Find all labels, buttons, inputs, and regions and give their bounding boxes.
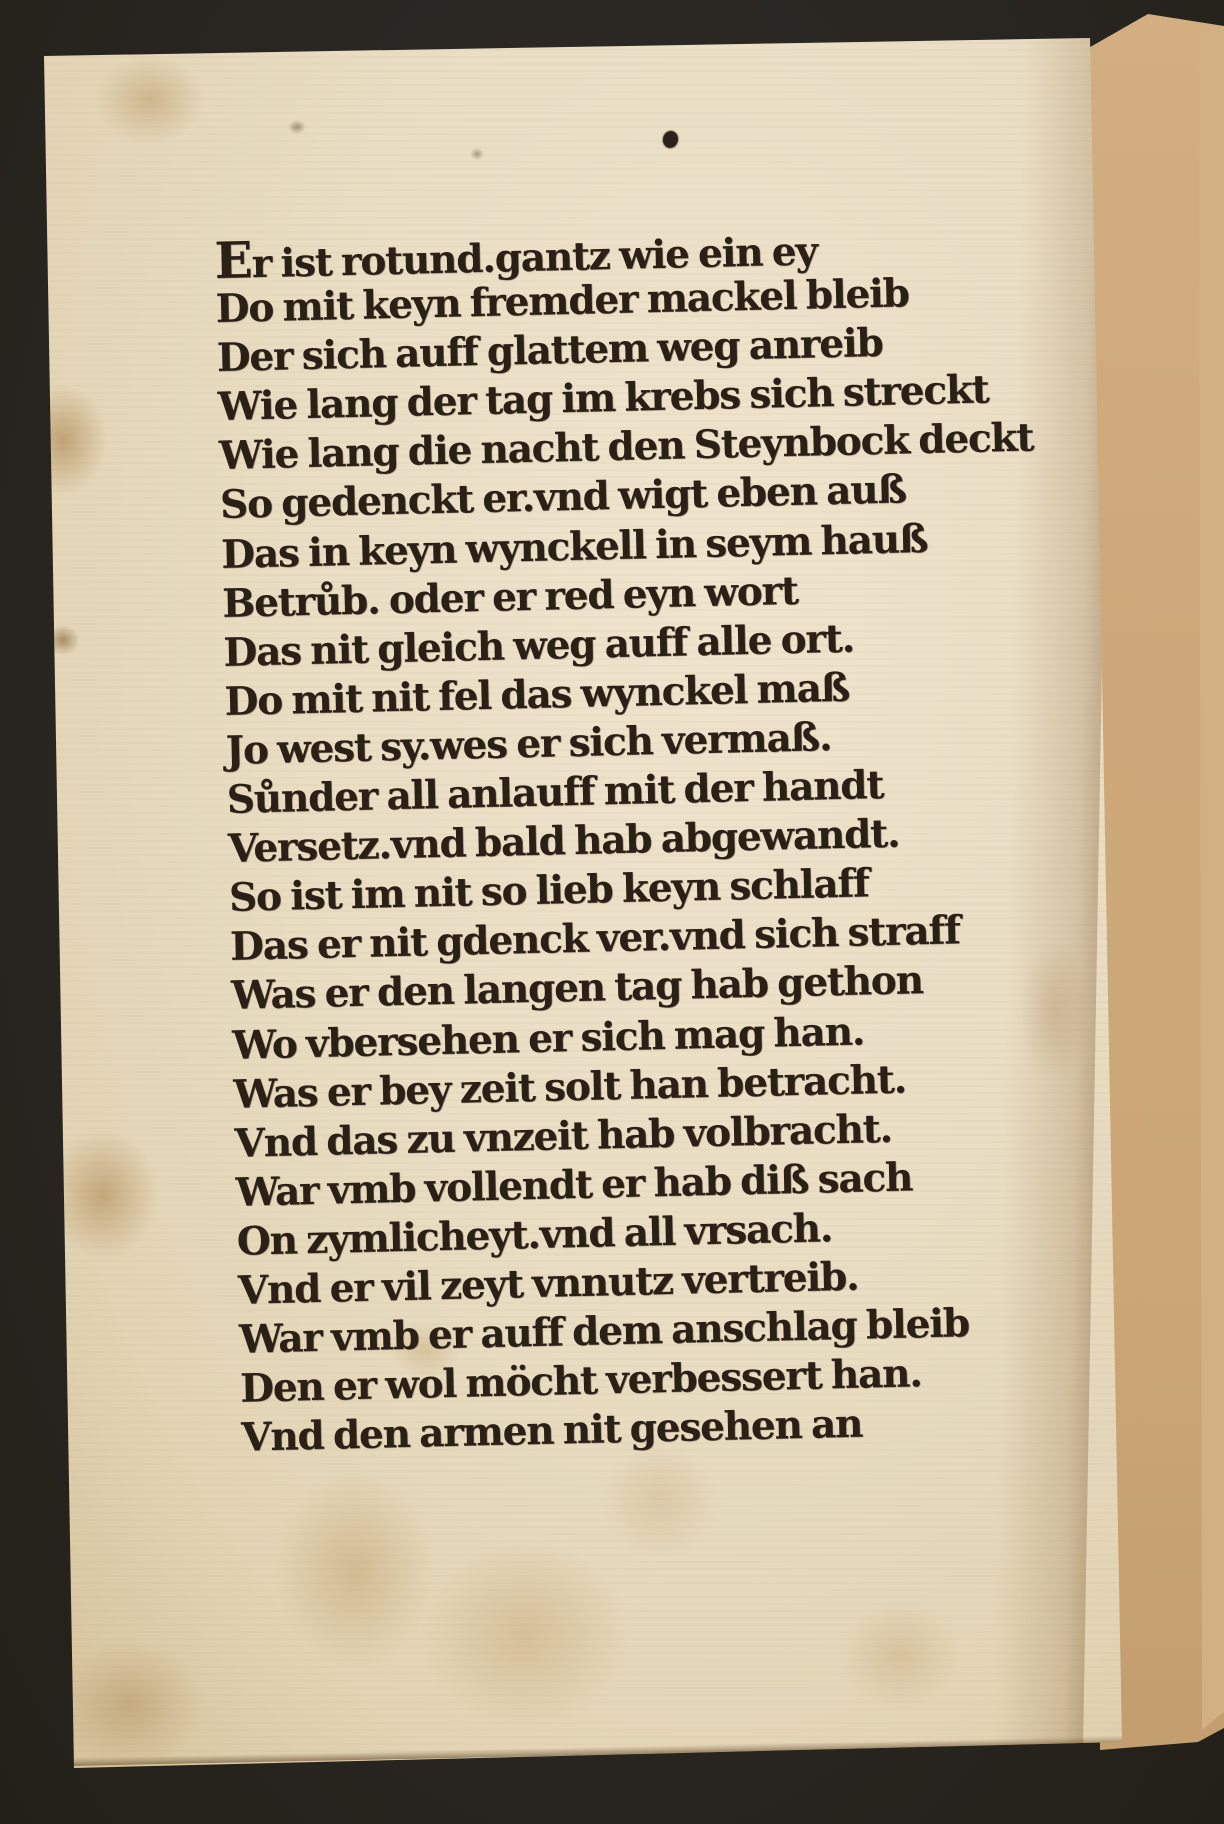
printer-dot [661,130,679,150]
book-page: Er ist rotund.gantz wie ein ey Do mit ke… [0,0,1224,1824]
stain [46,625,80,655]
stain [600,1440,720,1560]
stain [420,1540,630,1730]
page-top-edge [40,32,1096,55]
verse-text: Er ist rotund.gantz wie ein ey Do mit ke… [214,216,1142,1463]
stain [18,385,108,495]
scan-stage: Er ist rotund.gantz wie ein ey Do mit ke… [0,0,1224,1824]
page-bottom-edge [70,1736,1128,1766]
stain [275,1470,435,1670]
stain [55,1640,205,1770]
stain [840,1600,960,1710]
stain [288,120,306,134]
stain [48,1130,158,1260]
stain [470,148,484,160]
stain [95,55,205,145]
